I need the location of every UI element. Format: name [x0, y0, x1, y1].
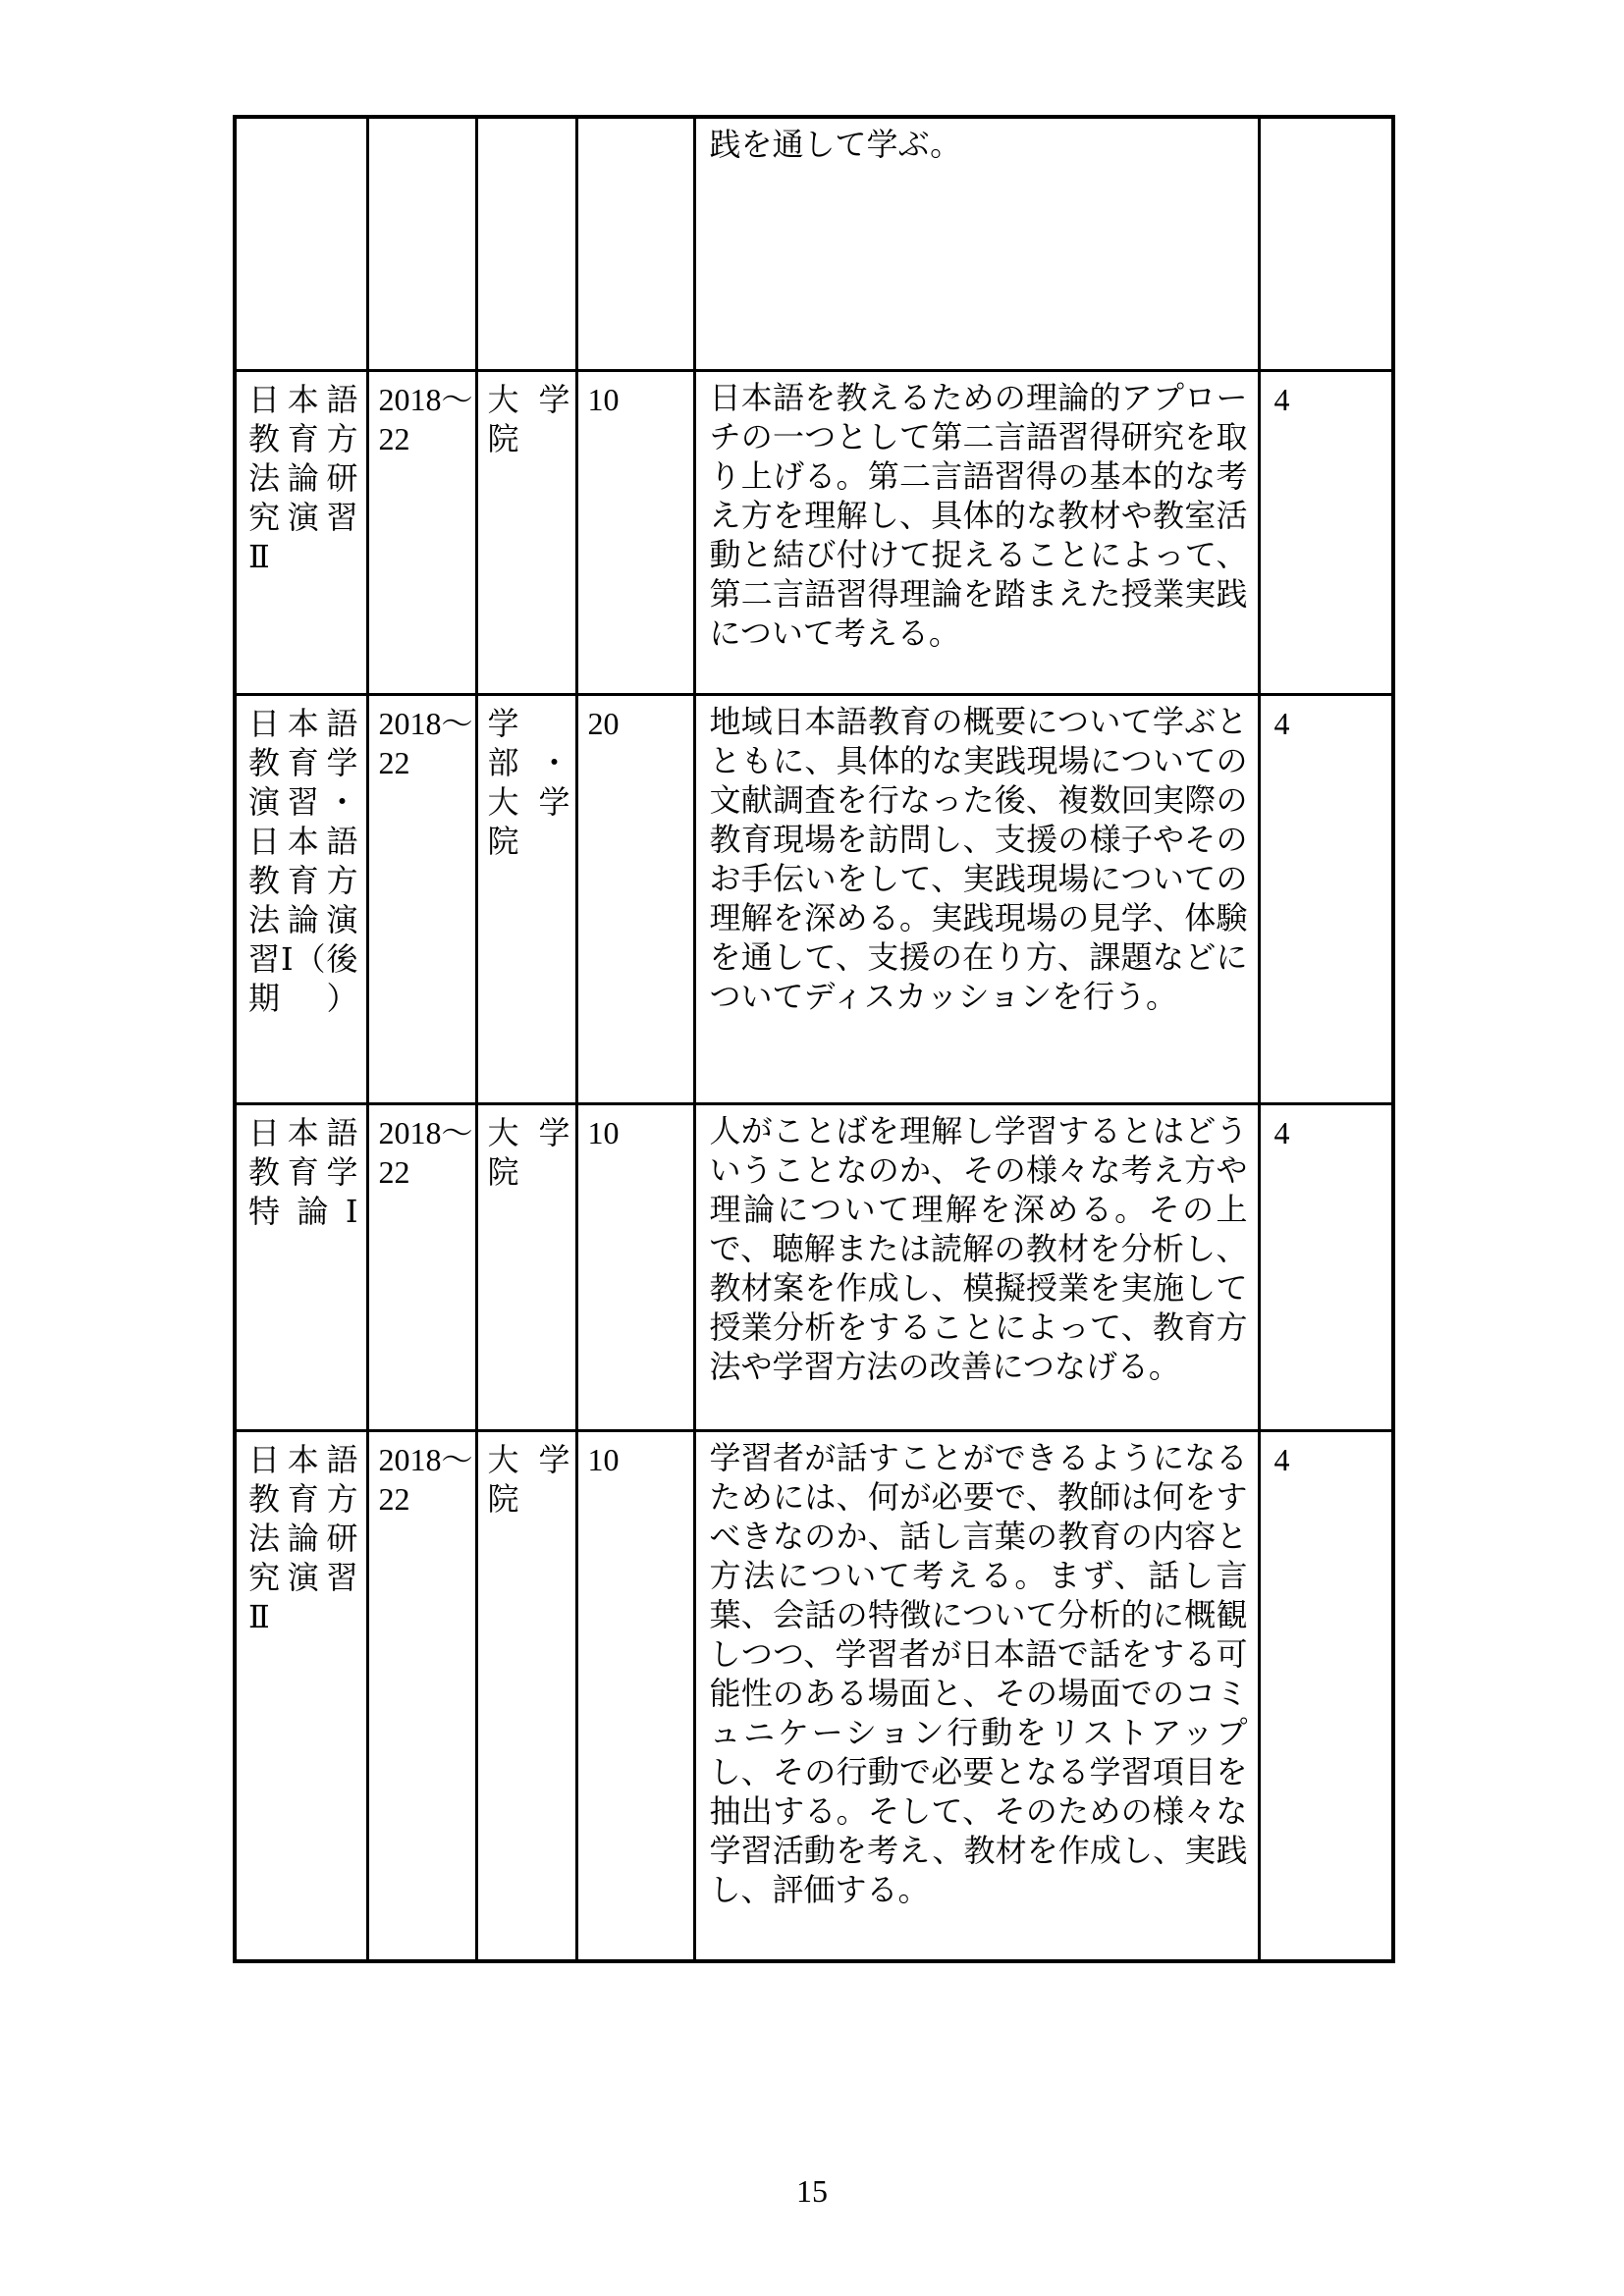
credits-cell: 4 — [1259, 694, 1393, 1103]
level-cell: 大学院 — [476, 1103, 576, 1430]
table-row: 日本語教育方法論研究演習Ⅱ 2018～22 大学院 10 学習者が話すことができ… — [235, 1430, 1393, 1961]
year-cell — [367, 117, 476, 370]
year-cell: 2018～22 — [367, 1430, 476, 1961]
table-row: 日本語教育方法論研究演習Ⅱ 2018～22 大学院 10 日本語を教えるための理… — [235, 370, 1393, 694]
level-cell: 学部・大学院 — [476, 694, 576, 1103]
level-cell — [476, 117, 576, 370]
capacity-cell: 10 — [576, 370, 694, 694]
course-name-cell: 日本語教育学特論Ⅰ — [235, 1103, 367, 1430]
course-name-cell — [235, 117, 367, 370]
description-cell: 人がことばを理解し学習するとはどういうことなのか、その様々な考え方や理論について… — [694, 1103, 1259, 1430]
credits-cell: 4 — [1259, 1103, 1393, 1430]
course-name-cell: 日本語教育方法論研究演習Ⅱ — [235, 1430, 367, 1961]
year-cell: 2018～22 — [367, 1103, 476, 1430]
table-row: 日本語教育学演習・日本語教育方法論演習Ⅰ（後期） 2018～22 学部・大学院 … — [235, 694, 1393, 1103]
description-cell: 日本語を教えるための理論的アプローチの一つとして第二言語習得研究を取り上げる。第… — [694, 370, 1259, 694]
table-row: 践を通して学ぶ。 — [235, 117, 1393, 370]
year-cell: 2018～22 — [367, 694, 476, 1103]
capacity-cell: 10 — [576, 1103, 694, 1430]
credits-cell — [1259, 117, 1393, 370]
credits-cell: 4 — [1259, 370, 1393, 694]
description-cell: 践を通して学ぶ。 — [694, 117, 1259, 370]
year-cell: 2018～22 — [367, 370, 476, 694]
course-name-cell: 日本語教育方法論研究演習Ⅱ — [235, 370, 367, 694]
credits-cell: 4 — [1259, 1430, 1393, 1961]
level-cell: 大学院 — [476, 370, 576, 694]
capacity-cell: 10 — [576, 1430, 694, 1961]
table-row: 日本語教育学特論Ⅰ 2018～22 大学院 10 人がことばを理解し学習するとは… — [235, 1103, 1393, 1430]
course-table: 践を通して学ぶ。 日本語教育方法論研究演習Ⅱ 2018～22 大学院 10 日本… — [233, 115, 1395, 1963]
capacity-cell: 20 — [576, 694, 694, 1103]
description-cell: 学習者が話すことができるようになるためには、何が必要で、教師は何をすべきなのか、… — [694, 1430, 1259, 1961]
description-cell: 地域日本語教育の概要について学ぶとともに、具体的な実践現場についての文献調査を行… — [694, 694, 1259, 1103]
page-number: 15 — [0, 2171, 1624, 2211]
capacity-cell — [576, 117, 694, 370]
document-page: 践を通して学ぶ。 日本語教育方法論研究演習Ⅱ 2018～22 大学院 10 日本… — [0, 0, 1624, 2296]
course-name-cell: 日本語教育学演習・日本語教育方法論演習Ⅰ（後期） — [235, 694, 367, 1103]
level-cell: 大学院 — [476, 1430, 576, 1961]
